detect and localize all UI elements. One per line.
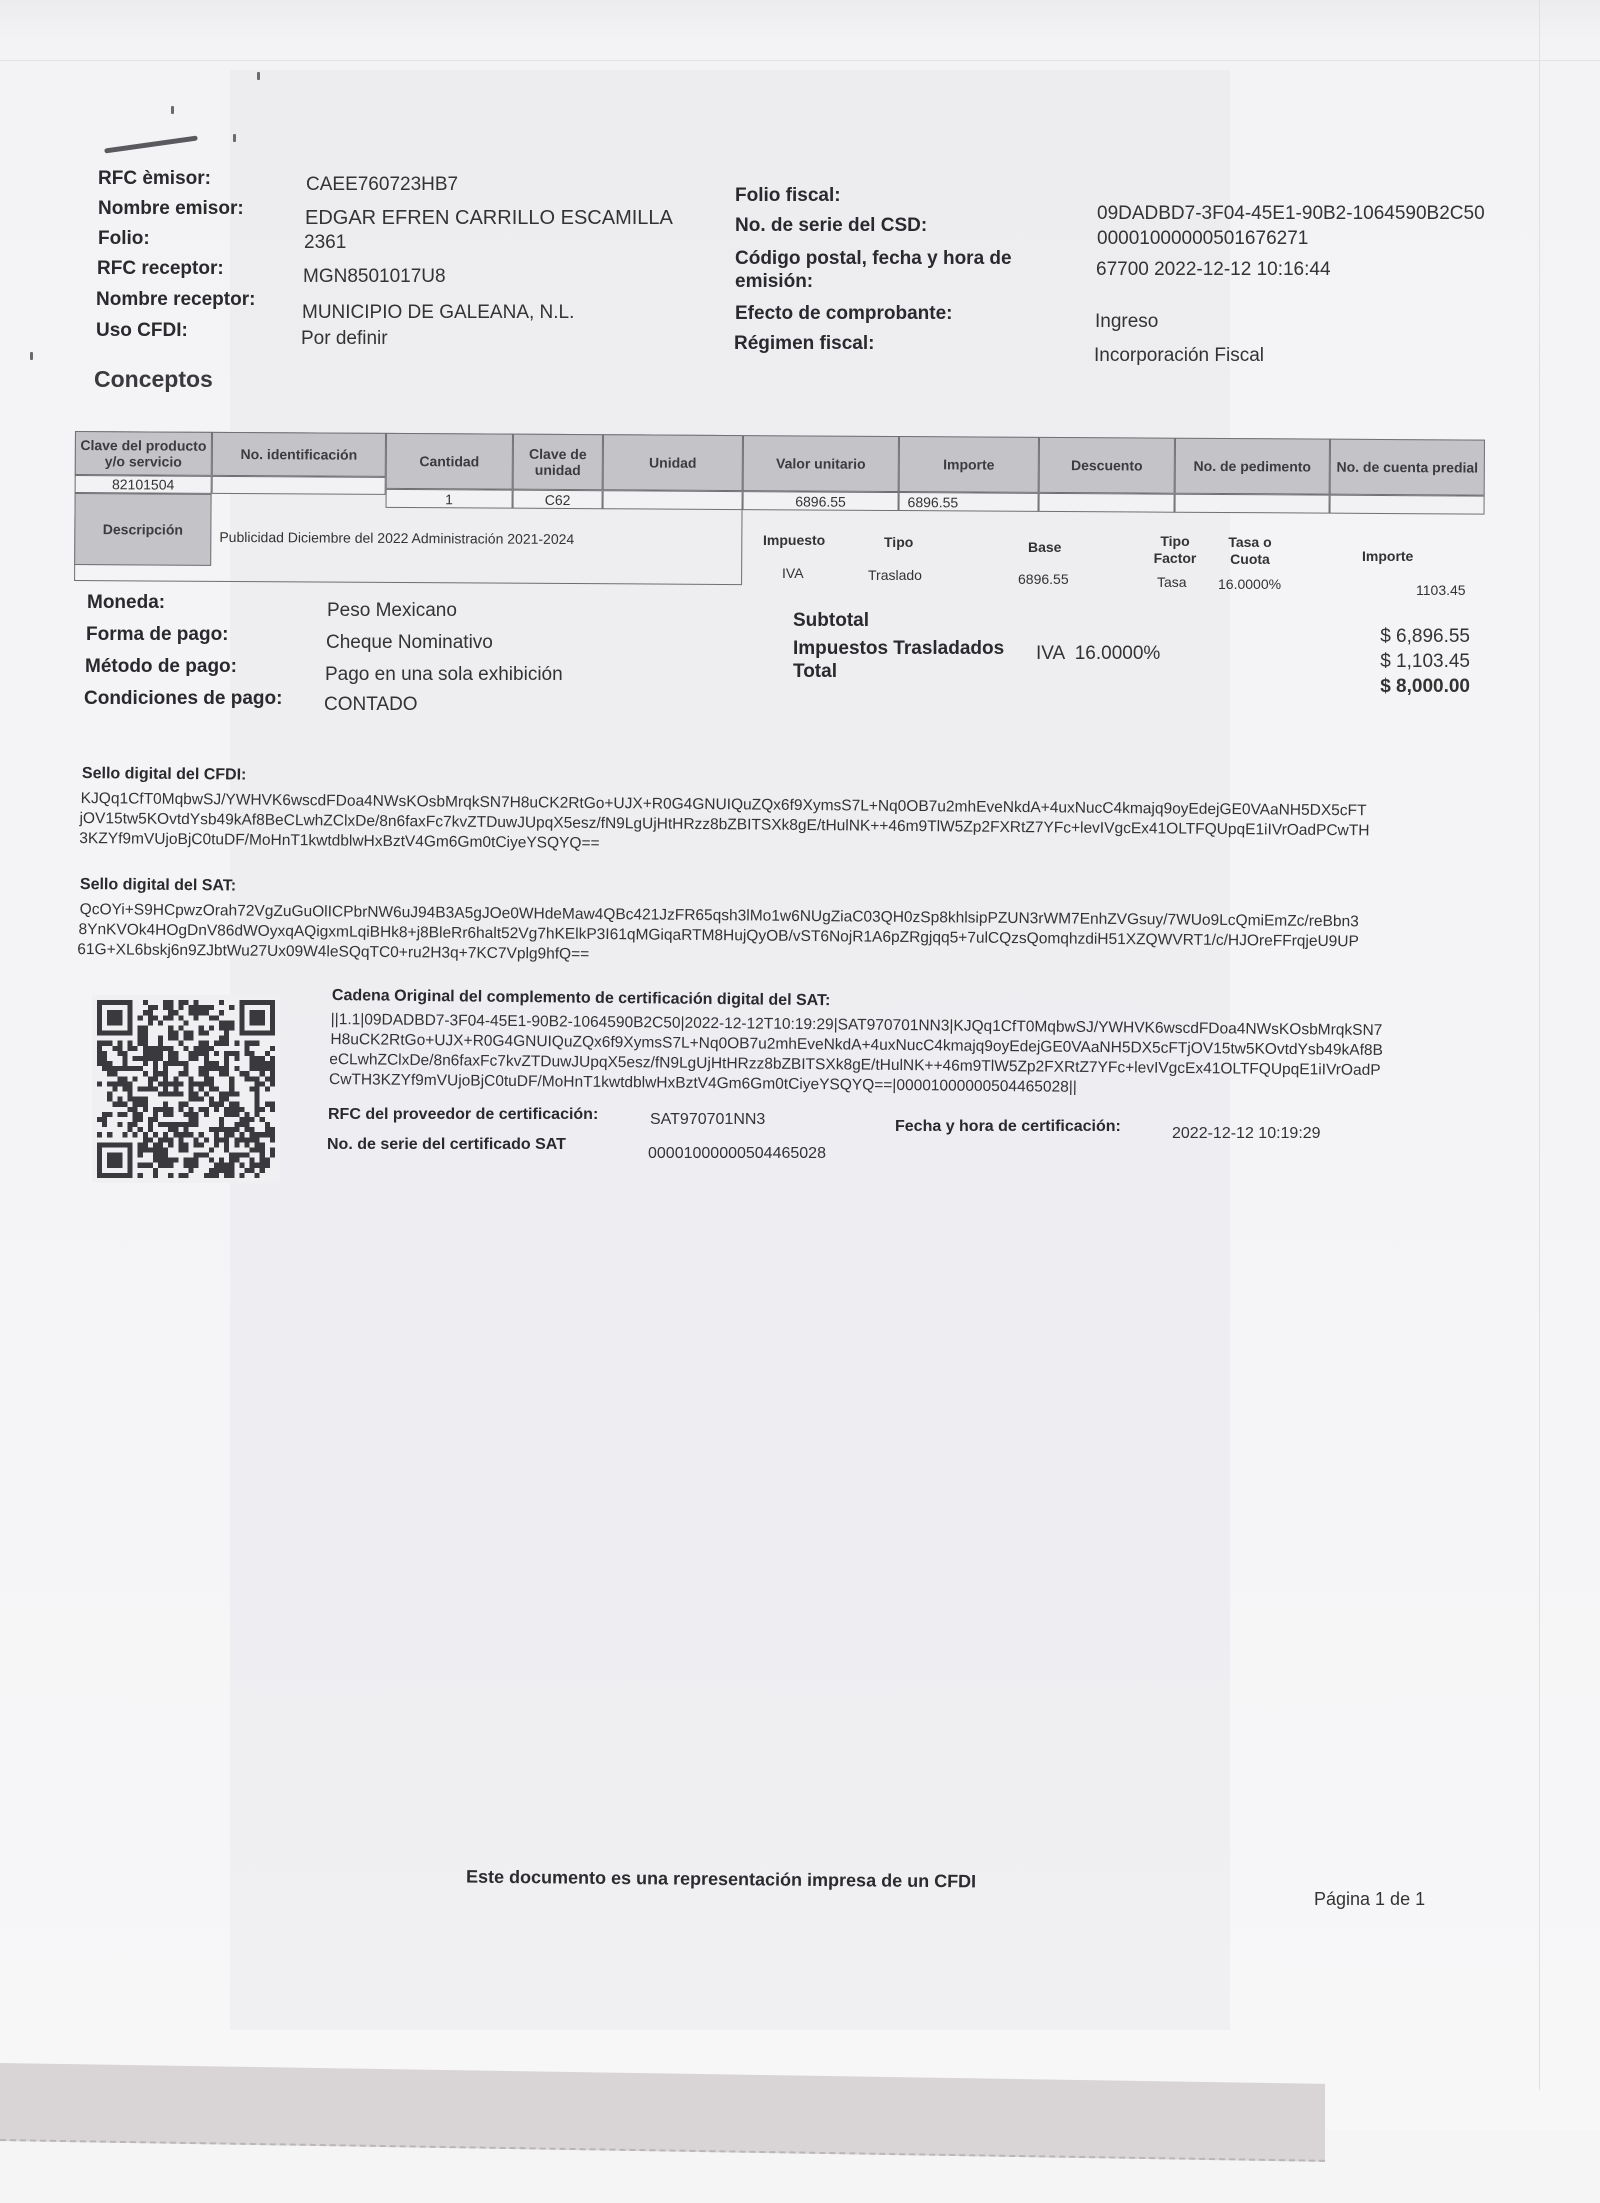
- td-no-cuenta-predial: [1330, 495, 1485, 515]
- rfc-proveedor-value: SAT970701NN3: [650, 1111, 765, 1129]
- nombre-receptor-label: Nombre receptor:: [96, 289, 255, 311]
- td-no-pedimento: [1175, 494, 1330, 514]
- rfc-receptor-label: RFC receptor:: [97, 258, 224, 280]
- tax-h-tipo-factor: Tipo Factor: [1151, 533, 1199, 567]
- uso-cfdi-value: Por definir: [301, 328, 388, 350]
- conceptos-title: Conceptos: [94, 366, 213, 393]
- subtotal-value: $ 6,896.55: [1380, 626, 1470, 648]
- metodo-pago-label: Método de pago:: [85, 656, 237, 678]
- th-descripcion: Descripción: [74, 493, 211, 566]
- scanned-page: RFC èmisor: CAEE760723HB7 Nombre emisor:…: [0, 0, 1600, 2203]
- cp-fecha-value: 67700 2022-12-12 10:16:44: [1096, 259, 1331, 281]
- th-no-pedimento: No. de pedimento: [1175, 438, 1330, 495]
- tax-h-base: Base: [1028, 539, 1061, 556]
- tax-tipo: Traslado: [868, 567, 922, 583]
- regimen-label: Régimen fiscal:: [734, 333, 874, 355]
- folio-fiscal-label: Folio fiscal:: [735, 185, 841, 207]
- total-label: Total: [793, 661, 837, 683]
- speck: [257, 72, 260, 80]
- sello-cfdi-label: Sello digital del CFDI:: [82, 765, 247, 785]
- td-clave-unidad: C62: [513, 490, 603, 510]
- rfc-emisor-value: CAEE760723HB7: [306, 174, 458, 196]
- tax-importe: 1103.45: [1416, 582, 1466, 598]
- th-clave-producto: Clave del producto y/o servicio: [75, 431, 212, 476]
- forma-pago-label: Forma de pago:: [86, 624, 229, 646]
- th-importe: Importe: [899, 436, 1039, 493]
- td-importe: 6896.55: [899, 492, 1039, 512]
- qr-code-icon: [92, 995, 280, 1183]
- impuestos-detail: IVA 16.0000%: [1036, 643, 1160, 665]
- nombre-emisor-label: Nombre emisor:: [98, 198, 244, 220]
- sello-sat-label: Sello digital del SAT:: [80, 876, 236, 895]
- fecha-certificacion-value: 2022-12-12 10:19:29: [1172, 1125, 1321, 1143]
- folio-fiscal-value: 09DADBD7-3F04-45E1-90B2-1064590B2C50: [1097, 203, 1485, 225]
- speck: [233, 134, 236, 142]
- page-number: Página 1 de 1: [1314, 1889, 1425, 1910]
- th-unidad: Unidad: [603, 434, 743, 491]
- cp-fecha-label-cont: emisión:: [735, 271, 813, 293]
- td-descuento: [1039, 493, 1175, 513]
- scan-edge: [0, 60, 1600, 61]
- serie-sat-label: No. de serie del certificado SAT: [327, 1136, 566, 1154]
- td-unidad: [603, 490, 743, 510]
- th-clave-unidad: Clave de unidad: [513, 434, 603, 491]
- scan-edge-right: [1539, 0, 1540, 2090]
- th-no-cuenta-predial: No. de cuenta predial: [1330, 439, 1485, 496]
- td-clave-producto: 82101504: [75, 475, 212, 494]
- cp-fecha-label: Código postal, fecha y hora de: [735, 248, 1012, 270]
- metodo-pago-value: Pago en una sola exhibición: [325, 664, 563, 686]
- subtotal-label: Subtotal: [793, 610, 869, 632]
- tax-tipo-factor: Tasa: [1157, 574, 1187, 590]
- th-valor-unitario: Valor unitario: [743, 435, 899, 492]
- th-cantidad: Cantidad: [386, 433, 513, 490]
- pen-mark: [104, 135, 198, 153]
- tax-tasa-cuota: 16.0000%: [1218, 576, 1281, 592]
- nombre-receptor-value: MUNICIPIO DE GALEANA, N.L.: [302, 302, 574, 324]
- moneda-value: Peso Mexicano: [327, 600, 457, 622]
- rfc-receptor-value: MGN8501017U8: [303, 266, 446, 288]
- folio-label: Folio:: [98, 228, 150, 250]
- tax-impuesto: IVA: [782, 565, 804, 581]
- uso-cfdi-label: Uso CFDI:: [96, 320, 188, 342]
- impuestos-label: Impuestos Trasladados: [793, 638, 1004, 660]
- folio-value: 2361: [304, 232, 346, 254]
- forma-pago-value: Cheque Nominativo: [326, 632, 493, 654]
- sello-cfdi-line: 3KZYf9mVUjoBjC0tuDF/MoHnT1kwtdblwHxBztV4…: [79, 829, 599, 854]
- impuestos-value: $ 1,103.45: [1380, 651, 1470, 673]
- nombre-emisor-value: EDGAR EFREN CARRILLO ESCAMILLA: [305, 207, 673, 230]
- td-valor-unitario: 6896.55: [743, 491, 899, 511]
- efecto-label: Efecto de comprobante:: [735, 303, 952, 325]
- serie-sat-value: 00001000000504465028: [648, 1145, 826, 1163]
- total-value: $ 8,000.00: [1380, 676, 1470, 698]
- serie-csd-label: No. de serie del CSD:: [735, 215, 927, 237]
- td-no-identificacion: [212, 476, 386, 495]
- th-descuento: Descuento: [1039, 437, 1175, 494]
- moneda-label: Moneda:: [87, 592, 165, 614]
- sello-sat-line: 61G+XL6bskj6n9ZJbtWu27Ux09W4leSQqTC0+ru2…: [77, 940, 589, 965]
- tax-base: 6896.55: [1018, 571, 1069, 587]
- rfc-proveedor-label: RFC del proveedor de certificación:: [328, 1106, 598, 1124]
- tax-h-tipo: Tipo: [884, 534, 913, 551]
- serie-csd-value: 00001000000501676271: [1097, 228, 1308, 250]
- speck: [30, 352, 33, 360]
- tax-h-tasa-cuota: Tasa o Cuota: [1220, 534, 1280, 568]
- fecha-certificacion-label: Fecha y hora de certificación:: [895, 1118, 1121, 1136]
- efecto-value: Ingreso: [1095, 311, 1158, 333]
- tax-h-impuesto: Impuesto: [763, 532, 825, 549]
- regimen-value: Incorporación Fiscal: [1094, 345, 1264, 367]
- rfc-emisor-label: RFC èmisor:: [98, 168, 211, 190]
- speck: [171, 106, 174, 114]
- tax-h-importe: Importe: [1362, 548, 1413, 565]
- td-descripcion: Publicidad Diciembre del 2022 Administra…: [211, 507, 742, 585]
- condiciones-pago-value: CONTADO: [324, 694, 418, 716]
- td-cantidad: 1: [386, 489, 513, 509]
- th-no-identificacion: No. identificación: [212, 432, 386, 477]
- condiciones-pago-label: Condiciones de pago:: [84, 688, 282, 710]
